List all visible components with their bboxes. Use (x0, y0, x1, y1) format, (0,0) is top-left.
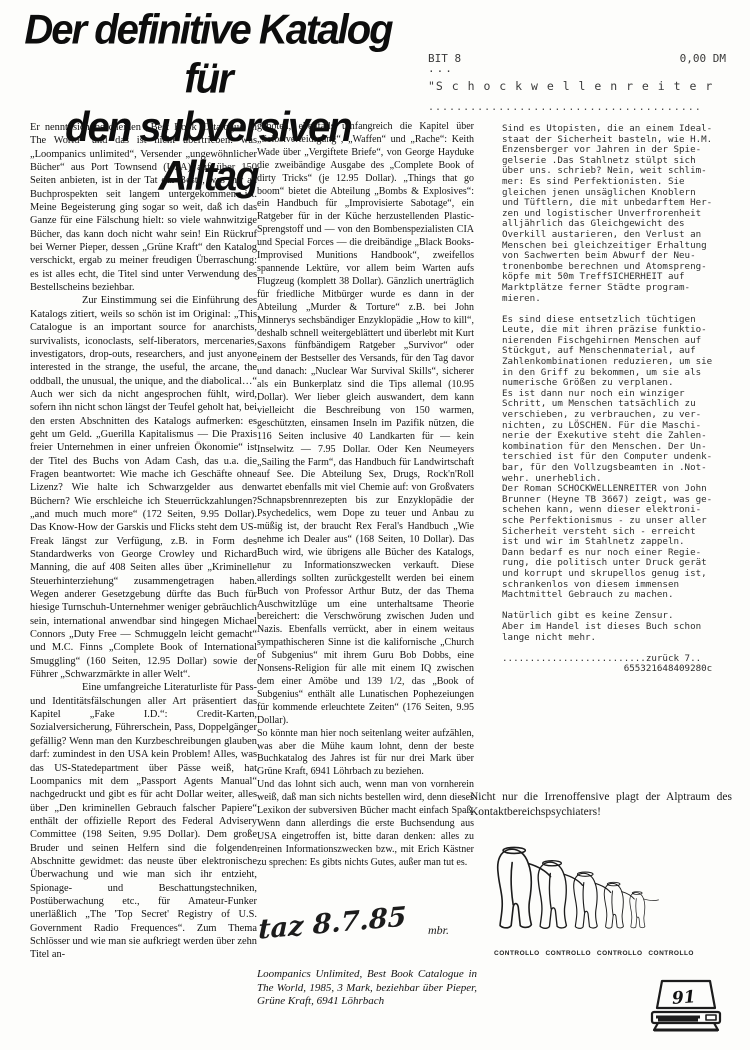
controllo-cartoon (492, 826, 714, 948)
controllo-label: CONTROLLO (597, 950, 643, 957)
typewriter-line: sche Perfektionismus - zu unser aller (502, 516, 734, 527)
article-paragraph: Und das lohnt sich auch, wenn man von vo… (257, 779, 474, 869)
article-column-2: geboten, ebenfalls umfangreich die Kapit… (257, 121, 474, 923)
typewriter-line: Aber im Handel ist dieses Buch schon (502, 622, 734, 633)
article-column-1: Er nennt sich bescheiden „Best Book Cata… (30, 121, 257, 1026)
book-reference-caption: Loompanics Unlimited, Best Book Catalogu… (257, 968, 477, 1009)
typewriter-line: und korrupt und skrupellos genug ist, (502, 569, 734, 580)
typewriter-line: Machtmittel Gebrauch zu machen. (502, 590, 734, 601)
typewriter-line: Sind es Utopisten, die an einem Ideal- (502, 124, 734, 135)
page-header: BIT 8 0,00 DM ... "S c h o c k w e l l e… (428, 52, 726, 113)
article-paragraph: Zur Einstimmung sei die Einführung des K… (30, 294, 257, 681)
typewriter-line: lange nicht mehr. (502, 633, 734, 644)
typewriter-line: 655321648409280c (502, 664, 734, 675)
typewriter-line: mer: Es sind Perfektionisten. Sie (502, 177, 734, 188)
rubric-title: "S c h o c k w e l l e n r e i t e r (428, 79, 726, 93)
price-label: 0,00 DM (680, 52, 726, 65)
article-paragraph: geboten, ebenfalls umfangreich die Kapit… (257, 121, 474, 728)
dotted-rule: ....................................... (428, 102, 726, 113)
author-initials: mbr. (428, 923, 449, 938)
scanned-zine-page: Der definitive Katalog für den subversiv… (0, 0, 750, 1050)
typewriter-line: Marktplätze ferner Städte program- (502, 283, 734, 294)
typewriter-line: bar, für den Vollzugsbeamten in .Not- (502, 463, 734, 474)
page-title-line1: Der definitive Katalog für (22, 6, 394, 104)
controllo-label: CONTROLLO (494, 950, 540, 957)
controllo-label: CONTROLLO (648, 950, 694, 957)
controllo-label: CONTROLLO (545, 950, 591, 957)
typewriter-line: Overkill austarieren, den Verlust an (502, 230, 734, 241)
article-paragraph: So könnte man hier noch seitenlang weite… (257, 728, 474, 780)
typewriter-line: mieren. (502, 294, 734, 305)
page-number: 91 (671, 987, 696, 1009)
controllo-labels: CONTROLLOCONTROLLOCONTROLLOCONTROLLO (494, 950, 694, 957)
bottom-note: Nicht nur die Irrenoffensive plagt der A… (470, 790, 732, 820)
article-paragraph: Er nennt sich bescheiden „Best Book Cata… (30, 121, 257, 294)
article-paragraph: Eine umfangreiche Literaturliste für Pas… (30, 681, 257, 961)
header-dots: ... (428, 65, 726, 73)
controllo-figures-illustration (492, 826, 714, 948)
typewriter-column: Sind es Utopisten, die an einem Ideal-st… (502, 124, 734, 675)
